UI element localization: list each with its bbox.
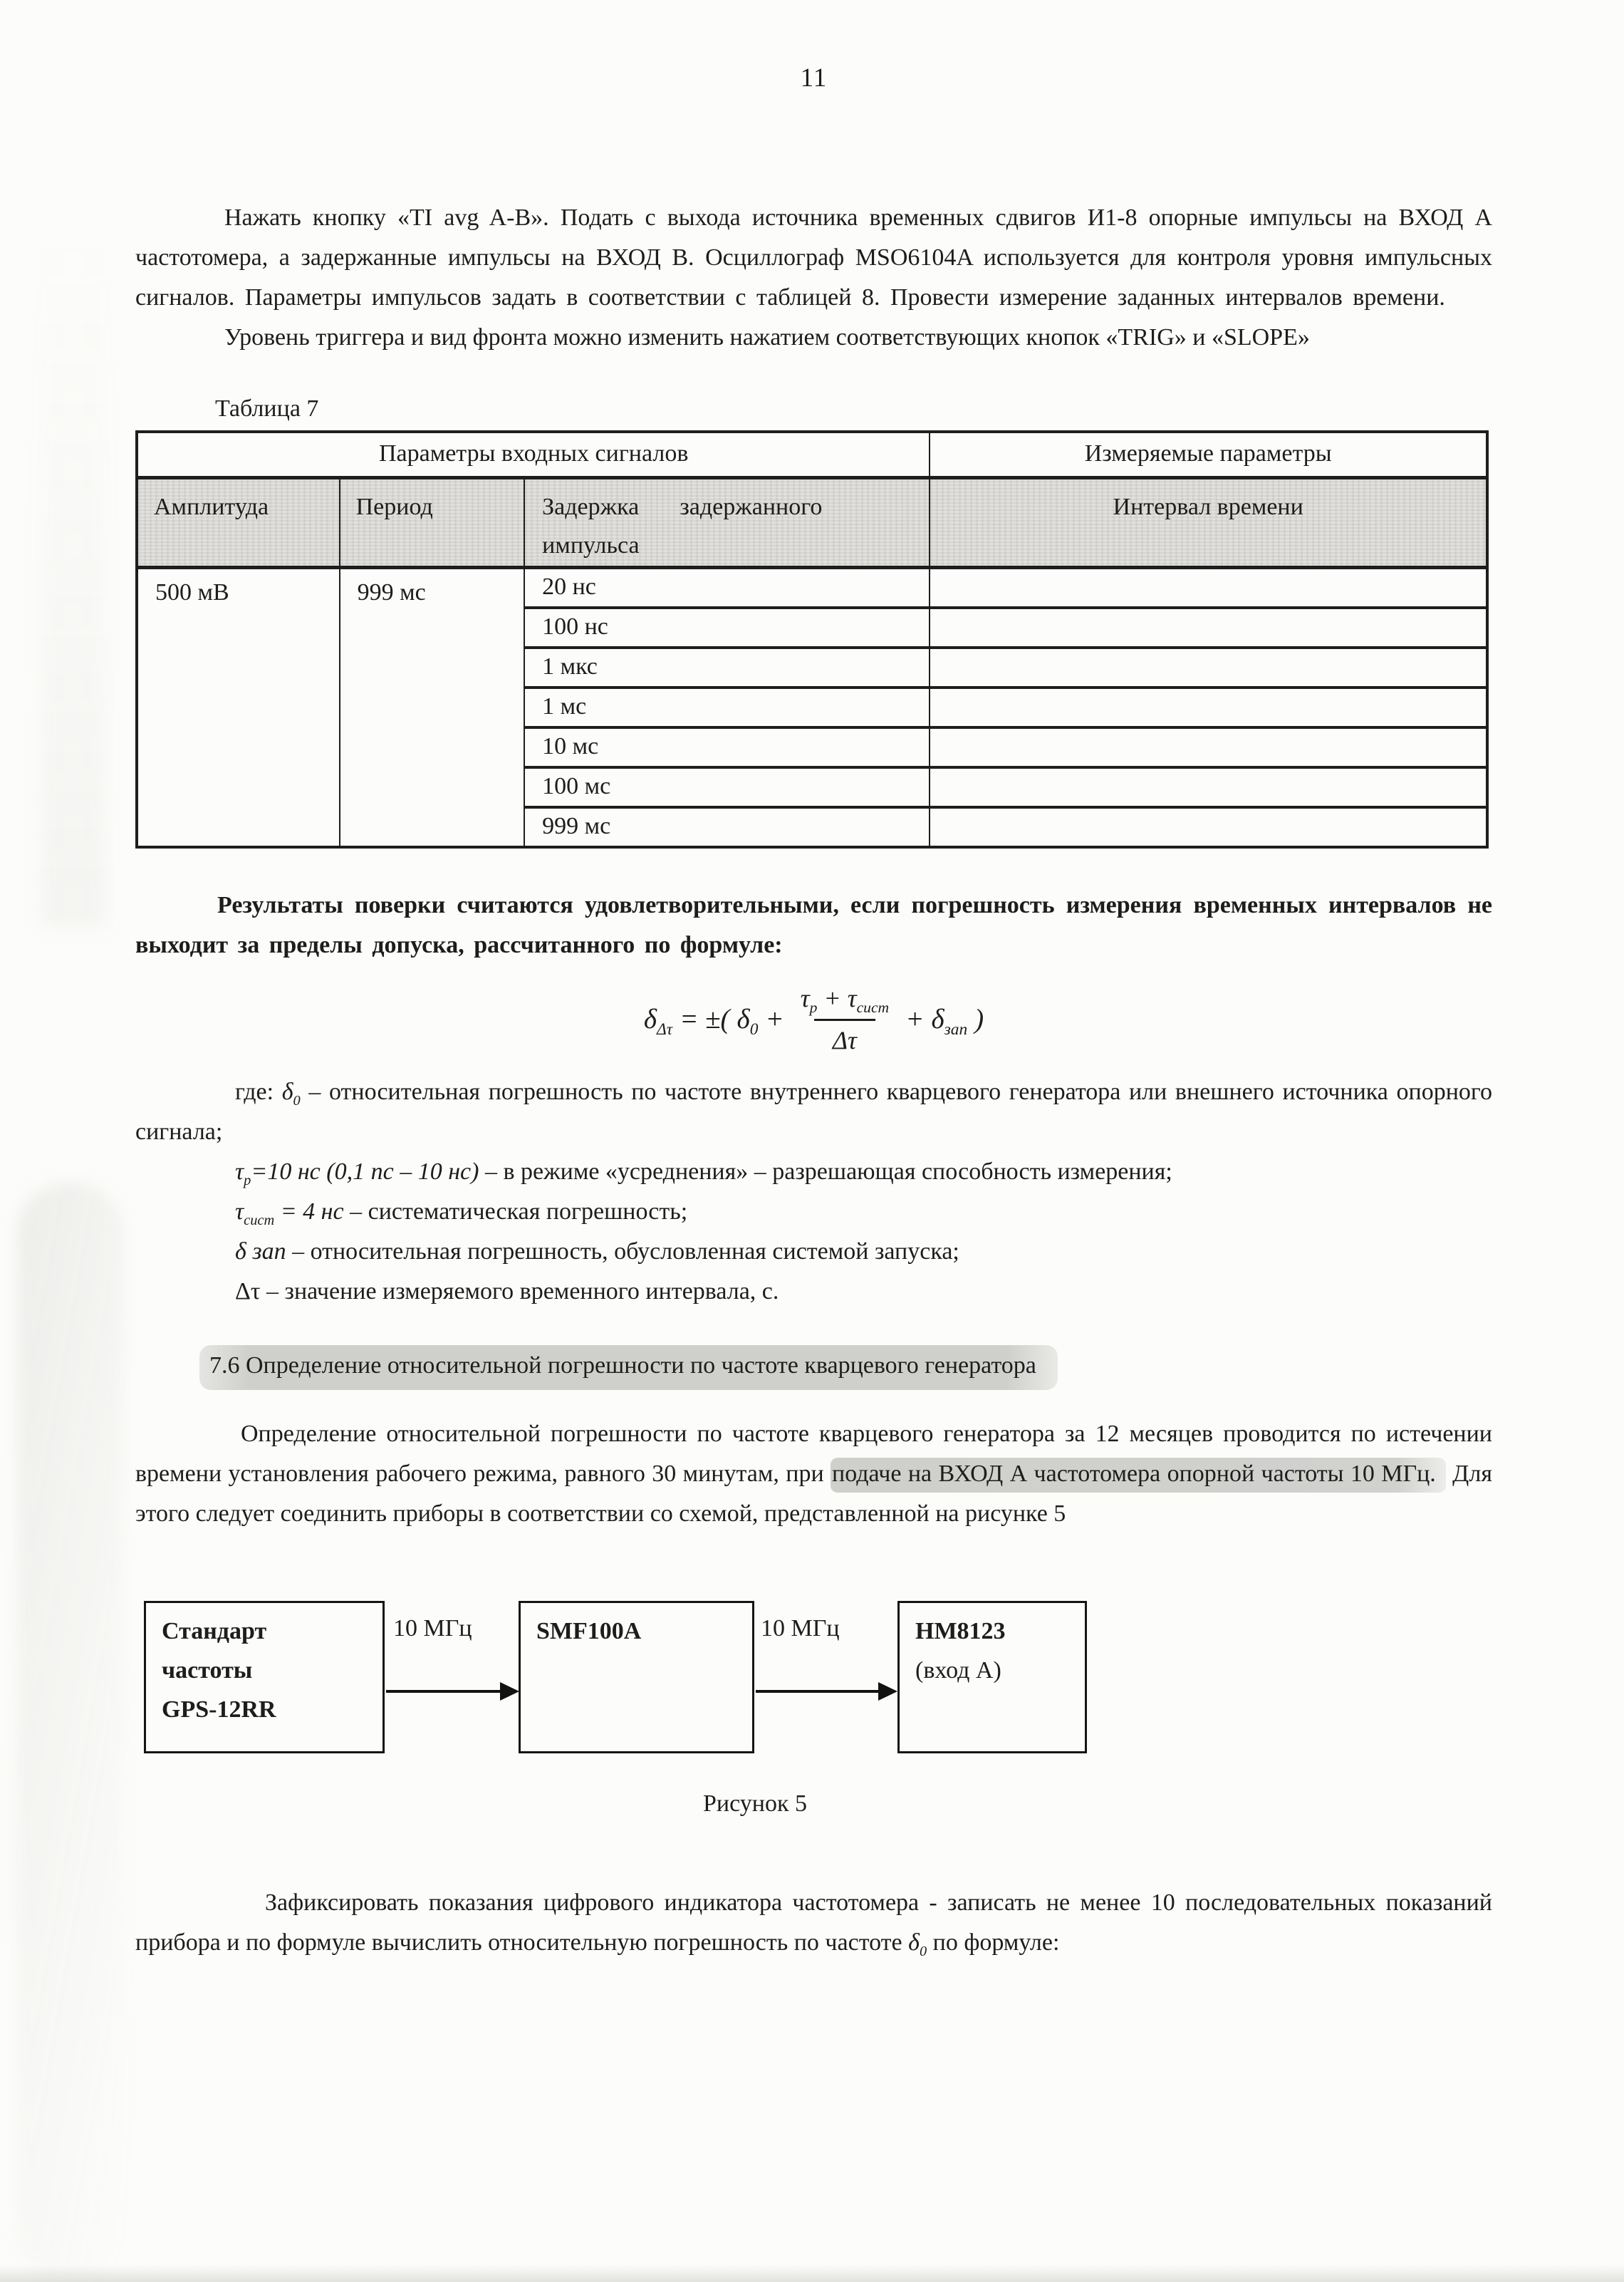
delta0-symbol: δ0 [282,1079,301,1105]
interval-cell [930,648,1487,688]
column-header-interval: Интервал времени [930,478,1487,568]
delay-cell: 10 мс [524,727,930,767]
heading-highlight: 7.6 Определение относительной погрешност… [199,1345,1058,1390]
tau-sist-italic-part: = 4 нс [274,1198,343,1225]
tau-p-symbol: τр=10 нс (0,1 пс – 10 нс) [235,1158,479,1185]
error-formula: δΔτ = ±( δ0 + τр + τсист Δτ + δзап ) [135,965,1492,1072]
box1-line3: GPS-12RR [162,1690,382,1729]
formula-plus2: + [905,1003,924,1035]
delta-zap-base: δ [235,1238,246,1265]
section-7-6-paragraph: Определение относительной погрешности по… [135,1414,1492,1534]
formula-term2: δзап [931,1003,967,1035]
formula-term1: δ0 [737,1003,759,1035]
scan-artifact-bottom-edge [0,2265,1624,2282]
final-text-after: по формуле: [927,1929,1059,1956]
delta-zap-italic-part: зап [246,1238,286,1265]
interval-cell [930,608,1487,648]
formula-fraction: τр + τсист Δτ [793,983,896,1055]
final-paragraph: Зафиксировать показания цифрового индика… [135,1883,1492,1963]
box2-line1: SMF100A [536,1612,752,1651]
page-number: 11 [135,58,1492,98]
numerator-tau-p: τ [801,984,810,1012]
definition-delta-tau: Δτ – значение измеряемого временного инт… [135,1272,1492,1312]
delay-cell: 1 мкс [524,648,930,688]
table-row: 500 мВ 999 мс 20 нс [137,568,1487,608]
interval-cell [930,688,1487,727]
formula-numerator: τр + τсист [793,983,896,1019]
final-text-before: Зафиксировать показания цифрового индика… [135,1889,1492,1956]
delay-cell: 100 мс [524,767,930,807]
interval-cell [930,767,1487,807]
interval-cell [930,568,1487,608]
diagram-box-hm8123: HM8123 (вход А) [897,1601,1087,1753]
amplitude-cell: 500 мВ [137,568,340,848]
definition-delta0-text: – относительная погрешность по частоте в… [135,1079,1492,1145]
table-column-header-row: Амплитуда Период Задержка задержанного и… [137,478,1487,568]
tau-p-subscript: р [244,1173,251,1188]
delta0-base: δ [282,1079,293,1105]
formula-term2-subscript: зап [944,1020,968,1038]
arrow1-label: 10 МГц [393,1611,472,1646]
formula-term1-subscript: 0 [750,1020,759,1038]
formula-term2-symbol: δ [931,1004,944,1034]
paragraph-trigger-level: Уровень триггера и вид фронта можно изме… [135,318,1492,358]
formula-equals: = ±( [680,1003,729,1035]
tau-sist-symbol: τсист = 4 нс [235,1198,344,1225]
table-caption: Таблица 7 [215,389,1492,429]
diagram-box-frequency-standard: Стандарт частоты GPS-12RR [144,1601,385,1753]
tau-p-italic-part: =10 нс (0,1 пс – 10 нс) [251,1158,479,1185]
figure-5-diagram: Стандарт частоты GPS-12RR 10 МГц SMF100A… [135,1601,1492,1843]
box3-line2: (вход А) [915,1651,1085,1690]
delta0-subscript: 0 [293,1093,301,1109]
tau-sist-base: τ [235,1198,244,1225]
tau-p-base: τ [235,1158,244,1185]
delay-cell: 20 нс [524,568,930,608]
table-7: Параметры входных сигналов Измеряемые па… [135,430,1489,849]
formula-term1-symbol: δ [737,1004,750,1034]
numerator-plus: + [823,984,840,1012]
scanned-document-page: 11 Нажать кнопку «TI avg A-B». Подать с … [0,0,1624,2282]
definition-delta-zap-text: – относительная погрешность, обусловленн… [286,1238,959,1265]
page-content: 11 Нажать кнопку «TI avg A-B». Подать с … [0,0,1624,1963]
delta-tau-base: Δτ [235,1278,261,1305]
period-cell: 999 мс [340,568,525,848]
final-delta0-subscript: 0 [920,1944,927,1959]
final-delta0-base: δ [908,1929,920,1956]
interval-cell [930,727,1487,767]
definitions-block: где: δ0 – относительная погрешность по ч… [135,1072,1492,1312]
box1-line2: частоты [162,1651,382,1690]
inline-highlight-10mhz: подаче на ВХОД А частотомера опорной час… [831,1458,1446,1493]
box3-line1: HM8123 [915,1612,1085,1651]
formula-lhs-subscript: Δτ [657,1020,672,1038]
diagram-box-smf100a: SMF100A [519,1601,754,1753]
definition-tau-p-text: – в режиме «усреднения» – разрешающая сп… [479,1158,1172,1185]
results-paragraph: Результаты поверки считаются удовлетвори… [135,886,1492,965]
final-delta0-symbol: δ0 [908,1929,927,1956]
formula-denominator: Δτ [814,1019,875,1055]
interval-cell [930,807,1487,847]
formula-lhs: δΔτ [644,1003,672,1035]
arrow1-right-icon [386,1690,500,1693]
section-7-6-heading: 7.6 Определение относительной погрешност… [199,1346,1492,1386]
delta-tau-symbol: Δτ [235,1278,261,1305]
definition-delta-tau-text: – значение измеряемого временного интерв… [261,1278,779,1305]
delay-cell: 1 мс [524,688,930,727]
paragraph-ti-avg: Нажать кнопку «TI avg A-B». Подать с вых… [135,198,1492,318]
arrow2-right-icon [756,1690,878,1693]
arrow2-label: 10 МГц [761,1611,840,1646]
numerator-tau-p-subscript: р [810,999,818,1016]
figure-caption: Рисунок 5 [135,1790,1375,1817]
definition-tau-sist-text: – систематическая погрешность; [344,1198,688,1225]
tau-sist-subscript: сист [244,1213,274,1228]
numerator-tau-sist-subscript: сист [857,999,890,1016]
table-group-header-measured: Измеряемые параметры [930,432,1487,478]
definition-delta-zap: δ зап – относительная погрешность, обусл… [135,1232,1492,1272]
column-header-period: Период [340,478,525,568]
formula-close-paren: ) [974,1003,984,1035]
definition-delta0: где: δ0 – относительная погрешность по ч… [135,1072,1492,1152]
table-group-header-row: Параметры входных сигналов Измеряемые па… [137,432,1487,478]
numerator-tau-sist: τ [848,984,857,1012]
delay-cell: 100 нс [524,608,930,648]
delta-zap-symbol: δ зап [235,1238,286,1265]
formula-lhs-symbol: δ [644,1004,657,1034]
column-header-amplitude: Амплитуда [137,478,340,568]
column-header-delay: Задержка задержанного импульса [524,478,930,568]
box1-line1: Стандарт [162,1612,382,1651]
formula-plus1: + [765,1003,784,1035]
table-group-header-input-signals: Параметры входных сигналов [137,432,930,478]
definition-tau-sist: τсист = 4 нс – систематическая погрешнос… [135,1192,1492,1232]
definition-prefix: где: [235,1079,282,1105]
definition-tau-p: τр=10 нс (0,1 пс – 10 нс) – в режиме «ус… [135,1152,1492,1192]
delay-cell: 999 мс [524,807,930,847]
